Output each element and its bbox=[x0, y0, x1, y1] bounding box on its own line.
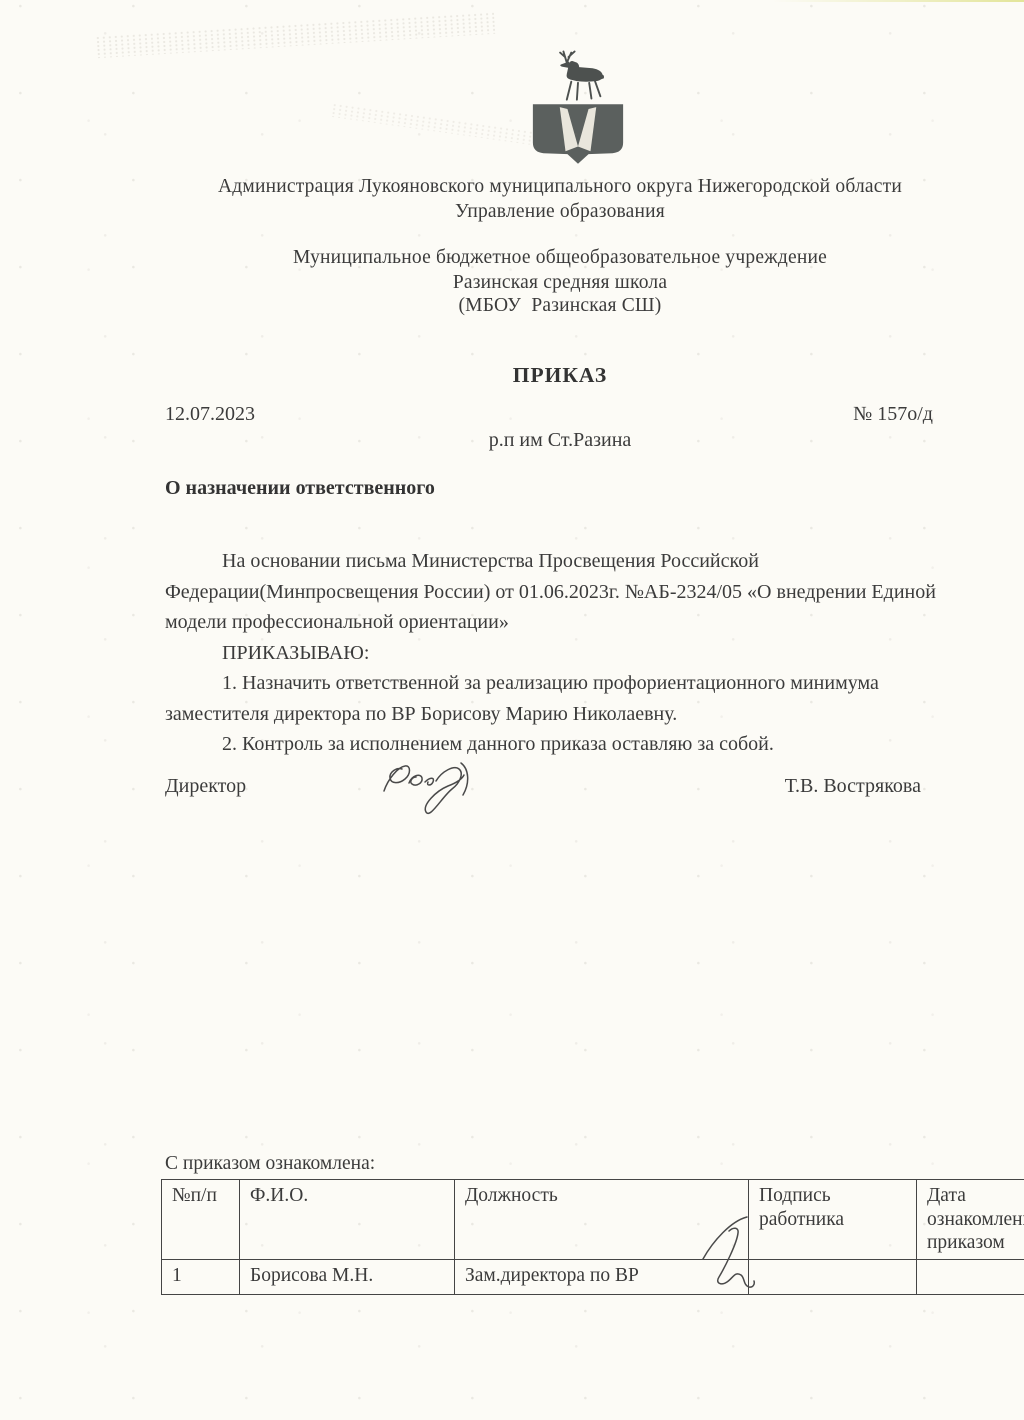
table-row: 1 Борисова М.Н. Зам.директора по ВР bbox=[162, 1259, 1024, 1294]
body-line: модели профессиональной ориентации» bbox=[165, 607, 959, 638]
employee-signature-icon bbox=[695, 1213, 785, 1299]
scan-noise-streak bbox=[95, 12, 496, 58]
deer-head bbox=[560, 62, 571, 69]
col-header-date: Дата ознакомления с приказом bbox=[917, 1180, 1024, 1260]
col-header-name: Ф.И.О. bbox=[240, 1180, 455, 1260]
body-line: 1. Назначить ответственной за реализацию… bbox=[165, 668, 959, 699]
org-administration-line: Администрация Лукояновского муниципально… bbox=[117, 176, 1003, 198]
body-line: На основании письма Министерства Просвещ… bbox=[165, 546, 959, 577]
acknowledgement-table: №п/п Ф.И.О. Должность Подпись работника … bbox=[161, 1179, 1024, 1295]
scan-edge-artifact bbox=[744, 0, 1024, 2]
order-subject: О назначении ответственного bbox=[165, 477, 435, 500]
order-meta-row: 12.07.2023 № 157о/д bbox=[165, 403, 955, 426]
org-institution-line: Муниципальное бюджетное общеобразователь… bbox=[117, 247, 1003, 269]
col-header-num: №п/п bbox=[162, 1180, 240, 1260]
org-abbreviation-line: (МБОУ Разинская СШ) bbox=[117, 295, 1003, 317]
document-title: ПРИКАЗ bbox=[117, 363, 1003, 388]
acknowledgement-caption: С приказом ознакомлена: bbox=[165, 1153, 375, 1175]
order-number: № 157о/д bbox=[853, 403, 955, 426]
shield-field bbox=[533, 104, 623, 164]
order-place: р.п им Ст.Разина bbox=[117, 429, 1003, 452]
deer-icon bbox=[543, 47, 613, 103]
table-header-row: №п/п Ф.И.О. Должность Подпись работника … bbox=[162, 1180, 1024, 1260]
order-date: 12.07.2023 bbox=[165, 403, 255, 426]
deer-body bbox=[567, 61, 603, 82]
body-line: Федерации(Минпросвещения России) от 01.0… bbox=[165, 577, 959, 608]
org-department-line: Управление образования bbox=[117, 201, 1003, 223]
body-line: заместителя директора по ВР Борисову Мар… bbox=[165, 699, 959, 730]
order-body: На основании письма Министерства Просвещ… bbox=[165, 546, 959, 760]
deer-tail bbox=[600, 75, 604, 80]
document-page: Администрация Лукояновского муниципально… bbox=[0, 0, 1024, 1420]
director-signature-icon bbox=[378, 757, 488, 837]
coat-of-arms bbox=[517, 47, 639, 165]
shield-icon bbox=[530, 103, 626, 165]
signature-row: Директор Т.В. Вострякова bbox=[165, 775, 957, 798]
org-school-line: Разинская средняя школа bbox=[117, 272, 1003, 294]
body-line: ПРИКАЗЫВАЮ: bbox=[165, 638, 959, 669]
cell-name: Борисова М.Н. bbox=[240, 1259, 455, 1294]
signer-name: Т.В. Вострякова bbox=[785, 775, 957, 798]
signer-role: Директор bbox=[165, 775, 246, 798]
cell-num: 1 bbox=[162, 1259, 240, 1294]
cell-date bbox=[917, 1259, 1024, 1294]
body-line: 2. Контроль за исполнением данного прика… bbox=[165, 729, 959, 760]
